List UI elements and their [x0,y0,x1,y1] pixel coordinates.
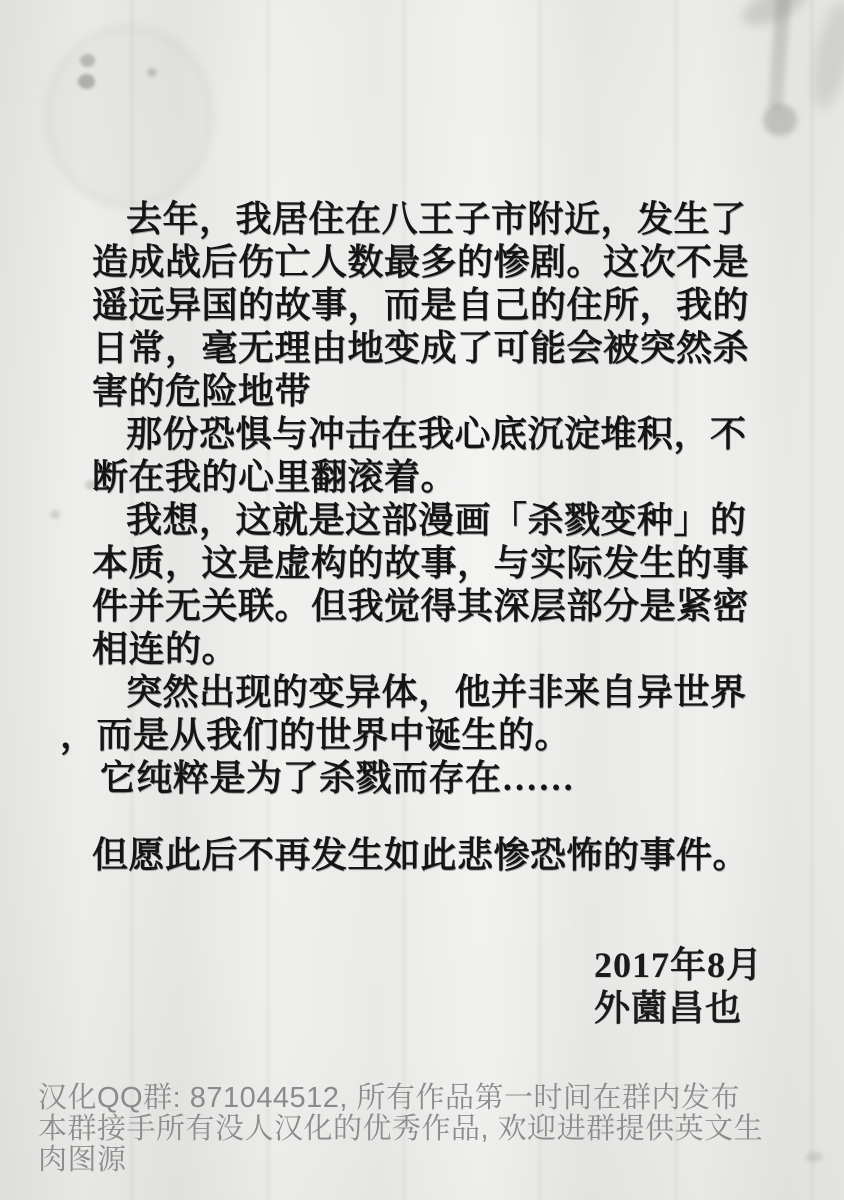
translator-note-line: 本群接手所有没人汉化的优秀作品, 欢迎进群提供英文生 [38,1114,828,1145]
afterword-body-line: 本质，这是虚构的故事，与实际发生的事 [92,542,768,585]
afterword-body-line: 造成战后伤亡人数最多的惨剧。这次不是 [92,241,768,284]
afterword-body-line: 突然出现的变异体，他并非来自异世界 [92,671,768,714]
translator-note-line: 肉图源 [38,1145,828,1176]
translator-note-line: 汉化QQ群: 871044512, 所有作品第一时间在群内发布 [38,1083,828,1114]
signature-date: 2017年8月 [594,944,763,987]
afterword-body-line: 我想，这就是这部漫画「杀戮变种」的 [92,499,768,542]
afterword-body-line: 害的危险地带 [92,370,768,413]
signature-block: 2017年8月 外薗昌也 [594,944,763,1030]
signature-author: 外薗昌也 [594,987,763,1030]
afterword-body-line: 那份恐惧与冲击在我心底沉淀堆积，不 [92,413,768,456]
closing-line: 但愿此后不再发生如此悲惨恐怖的事件。 [92,834,749,877]
afterword-body-line: 件并无关联。但我觉得其深层部分是紧密 [92,585,768,628]
afterword-body-line: 它纯粹是为了杀戮而存在…… [92,757,768,800]
translator-note: 汉化QQ群: 871044512, 所有作品第一时间在群内发布本群接手所有没人汉… [38,1083,828,1176]
afterword-body-line: 日常，毫无理由地变成了可能会被突然杀 [92,327,768,370]
afterword-body-line: 相连的。 [92,628,768,671]
afterword-body-line: ，而是从我们的世界中诞生的。 [60,714,768,757]
afterword-body-line: 遥远异国的故事，而是自己的住所，我的 [92,284,768,327]
afterword-body-line: 断在我的心里翻滚着。 [92,456,768,499]
afterword-body: 去年，我居住在八王子市附近，发生了造成战后伤亡人数最多的惨剧。这次不是遥远异国的… [92,198,768,800]
afterword-body-line: 去年，我居住在八王子市附近，发生了 [92,198,768,241]
